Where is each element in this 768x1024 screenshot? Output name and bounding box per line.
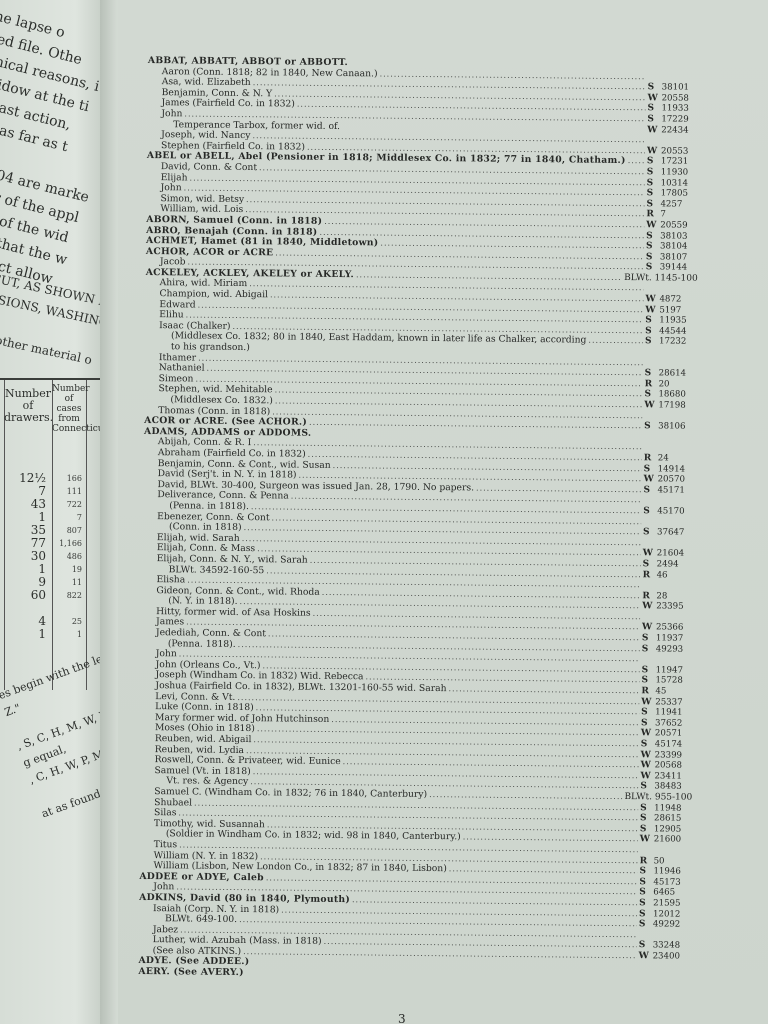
file-type: R	[642, 591, 656, 602]
file-type: R	[645, 379, 659, 390]
file-type: S	[644, 390, 658, 401]
entry-name: (Penna. 1818).	[168, 639, 236, 650]
pension-index-list: ABBAT, ABBATT, ABBOT or ABBOTT.Aaron (Co…	[138, 56, 700, 983]
file-type: S	[646, 199, 660, 210]
table-col-cases: 16611172278071,1664861911822 251	[54, 472, 82, 641]
file-number: 45171	[657, 485, 695, 496]
file-number: 38483	[654, 782, 692, 793]
dot-leader	[313, 436, 642, 439]
file-number: 5197	[659, 305, 697, 316]
table-cell: 166	[54, 472, 82, 485]
table-cell: 822	[54, 589, 82, 602]
file-type: S	[645, 368, 659, 379]
table-cell: 7	[54, 511, 82, 524]
file-type: R	[640, 856, 654, 867]
file-number: 20558	[662, 93, 700, 104]
file-number: 11948	[654, 803, 692, 814]
file-type: S	[644, 464, 658, 475]
file-type: S	[643, 485, 657, 496]
file-number: 25337	[655, 697, 693, 708]
table-cell: 807	[54, 524, 82, 537]
file-type: W	[646, 220, 660, 231]
file-type: R	[646, 210, 660, 221]
file-number: 6465	[653, 888, 691, 899]
file-number: 38103	[660, 231, 698, 242]
file-type: W	[641, 697, 655, 708]
table-cell: 19	[54, 563, 82, 576]
file-number: 45170	[657, 506, 695, 517]
file-type: W	[641, 750, 655, 761]
file-number: 33248	[653, 941, 691, 952]
dot-leader	[628, 156, 645, 167]
file-number: 11946	[653, 866, 691, 877]
table-cell: 1	[54, 628, 82, 641]
file-number: 17232	[659, 337, 697, 348]
file-type: W	[639, 951, 653, 962]
file-number: 11941	[655, 708, 693, 719]
file-type: S	[640, 782, 654, 793]
file-number: 2494	[657, 559, 695, 570]
table-cell: 11	[54, 576, 82, 589]
file-number: 28614	[659, 369, 697, 380]
file-type: W	[641, 760, 655, 771]
file-number: 37647	[657, 527, 695, 538]
table-cell: 486	[54, 550, 82, 563]
file-type: S	[646, 252, 660, 263]
file-type: S	[639, 888, 653, 899]
file-type: S	[647, 157, 661, 168]
file-type: S	[641, 739, 655, 750]
file-type: S	[640, 803, 654, 814]
bounty-land-warrant: BLWt. 1145-100	[624, 273, 698, 284]
file-number: 15728	[655, 676, 693, 687]
file-number: 20553	[661, 146, 699, 157]
file-number: 14914	[658, 464, 696, 475]
file-type: W	[645, 294, 659, 305]
file-type: W	[642, 623, 656, 634]
file-type: S	[643, 527, 657, 538]
file-type: W	[647, 125, 661, 136]
table-header-cases: Number of cases from Connecticut.	[52, 384, 86, 434]
file-number: 7	[660, 210, 698, 221]
table-cell: 111	[54, 485, 82, 498]
file-type: S	[647, 188, 661, 199]
file-number: 28615	[654, 813, 692, 824]
file-type: W	[645, 305, 659, 316]
file-number: 23411	[654, 771, 692, 782]
file-type: W	[640, 835, 654, 846]
page-number: 3	[398, 1012, 406, 1024]
file-type: S	[640, 813, 654, 824]
file-number: 4872	[659, 294, 697, 305]
file-number: 20570	[658, 475, 696, 486]
file-type: S	[648, 82, 662, 93]
table-header-drawers: Number of drawers.	[4, 388, 52, 424]
file-type: W	[641, 729, 655, 740]
file-number: 45174	[655, 739, 693, 750]
file-type: S	[639, 919, 653, 930]
file-number: 11933	[661, 104, 699, 115]
file-number: 21600	[654, 835, 692, 846]
file-type: S	[642, 665, 656, 676]
file-type: S	[641, 676, 655, 687]
file-number: 49293	[656, 644, 694, 655]
file-type: W	[644, 400, 658, 411]
file-type: S	[647, 104, 661, 115]
file-type: S	[644, 421, 658, 432]
file-type: W	[642, 601, 656, 612]
file-number: 20571	[655, 729, 693, 740]
file-number: 25366	[656, 623, 694, 634]
file-number: 46	[657, 570, 695, 581]
table-cell: 722	[54, 498, 82, 511]
file-type: S	[641, 718, 655, 729]
file-number: 38104	[660, 241, 698, 252]
table-col-drawers: 12½74313577301960 41	[10, 472, 46, 641]
file-number: 22434	[661, 125, 699, 136]
file-number: 20568	[655, 761, 693, 772]
file-type: S	[646, 263, 660, 274]
file-type: S	[647, 114, 661, 125]
dot-leader	[350, 65, 646, 68]
file-type: S	[639, 877, 653, 888]
file-number: 17198	[658, 400, 696, 411]
file-type: S	[642, 644, 656, 655]
dot-leader	[588, 336, 643, 347]
file-number: 11930	[661, 167, 699, 178]
left-page-table: Number of drawers. Number of cases from …	[0, 378, 100, 690]
file-type: S	[639, 866, 653, 877]
file-number: 38101	[662, 83, 700, 94]
table-cell: 60	[10, 589, 46, 602]
file-number: 11947	[656, 665, 694, 676]
file-number: 23399	[655, 750, 693, 761]
file-number: 17229	[661, 114, 699, 125]
dot-leader	[342, 129, 645, 132]
file-type: S	[647, 178, 661, 189]
file-type: W	[644, 474, 658, 485]
file-number: 21595	[653, 898, 691, 909]
entry-name: AERY. (See AVERY.)	[138, 967, 243, 979]
left-page: the lapse octed file. Othechnical reason…	[0, 0, 108, 1024]
file-type: S	[647, 167, 661, 178]
file-number: 37652	[655, 718, 693, 729]
dot-leader	[246, 975, 637, 979]
entry-name: John	[161, 109, 182, 120]
file-type: S	[646, 231, 660, 242]
file-type: S	[639, 940, 653, 951]
file-number: 44544	[659, 326, 697, 337]
file-number: 18680	[658, 390, 696, 401]
file-type: S	[639, 909, 653, 920]
table-cell: 1	[10, 628, 46, 641]
file-type: S	[643, 506, 657, 517]
file-number: 38107	[660, 252, 698, 263]
file-type: W	[648, 93, 662, 104]
file-number: 20559	[660, 220, 698, 231]
file-number: 49292	[653, 919, 691, 930]
file-number: 21604	[657, 549, 695, 560]
file-type: R	[644, 453, 658, 464]
file-number: 11937	[656, 633, 694, 644]
table-cell	[54, 602, 82, 615]
file-number: 45	[655, 686, 693, 697]
file-type: W	[640, 771, 654, 782]
file-number: 12012	[653, 909, 691, 920]
left-page-intro-text: the lapse octed file. Othechnical reason…	[0, 4, 108, 294]
file-number: 4257	[660, 199, 698, 210]
file-type: S	[645, 315, 659, 326]
file-number: 20	[659, 379, 697, 390]
file-type: R	[641, 686, 655, 697]
file-type: S	[646, 241, 660, 252]
file-number: 17231	[661, 157, 699, 168]
file-type: S	[640, 824, 654, 835]
file-type: S	[645, 337, 659, 348]
table-cell: 1,166	[54, 537, 82, 550]
file-number: 23400	[653, 951, 691, 962]
left-page-table-heading: CUT, AS SHOWN BY THNSIONS, WASHINGTO th …	[0, 268, 108, 377]
file-number: 45173	[653, 877, 691, 888]
file-type: W	[643, 549, 657, 560]
file-number: 24	[658, 453, 696, 464]
file-number: 12905	[654, 824, 692, 835]
table-rule	[4, 380, 5, 690]
file-type: S	[641, 707, 655, 718]
file-number: 23395	[656, 602, 694, 613]
file-number: 50	[654, 856, 692, 867]
bounty-land-warrant: BLWt. 955-100	[624, 792, 692, 803]
file-type: S	[639, 898, 653, 909]
file-type: R	[643, 570, 657, 581]
file-type: S	[645, 326, 659, 337]
file-number: 10314	[661, 178, 699, 189]
file-number: 39144	[660, 263, 698, 274]
file-number: 28	[656, 591, 694, 602]
table-cell: 25	[54, 615, 82, 628]
file-number: 38106	[658, 422, 696, 433]
file-type: S	[643, 559, 657, 570]
file-number: 11935	[659, 316, 697, 327]
file-type: S	[642, 633, 656, 644]
file-number: 17805	[661, 189, 699, 200]
file-type: W	[647, 146, 661, 157]
